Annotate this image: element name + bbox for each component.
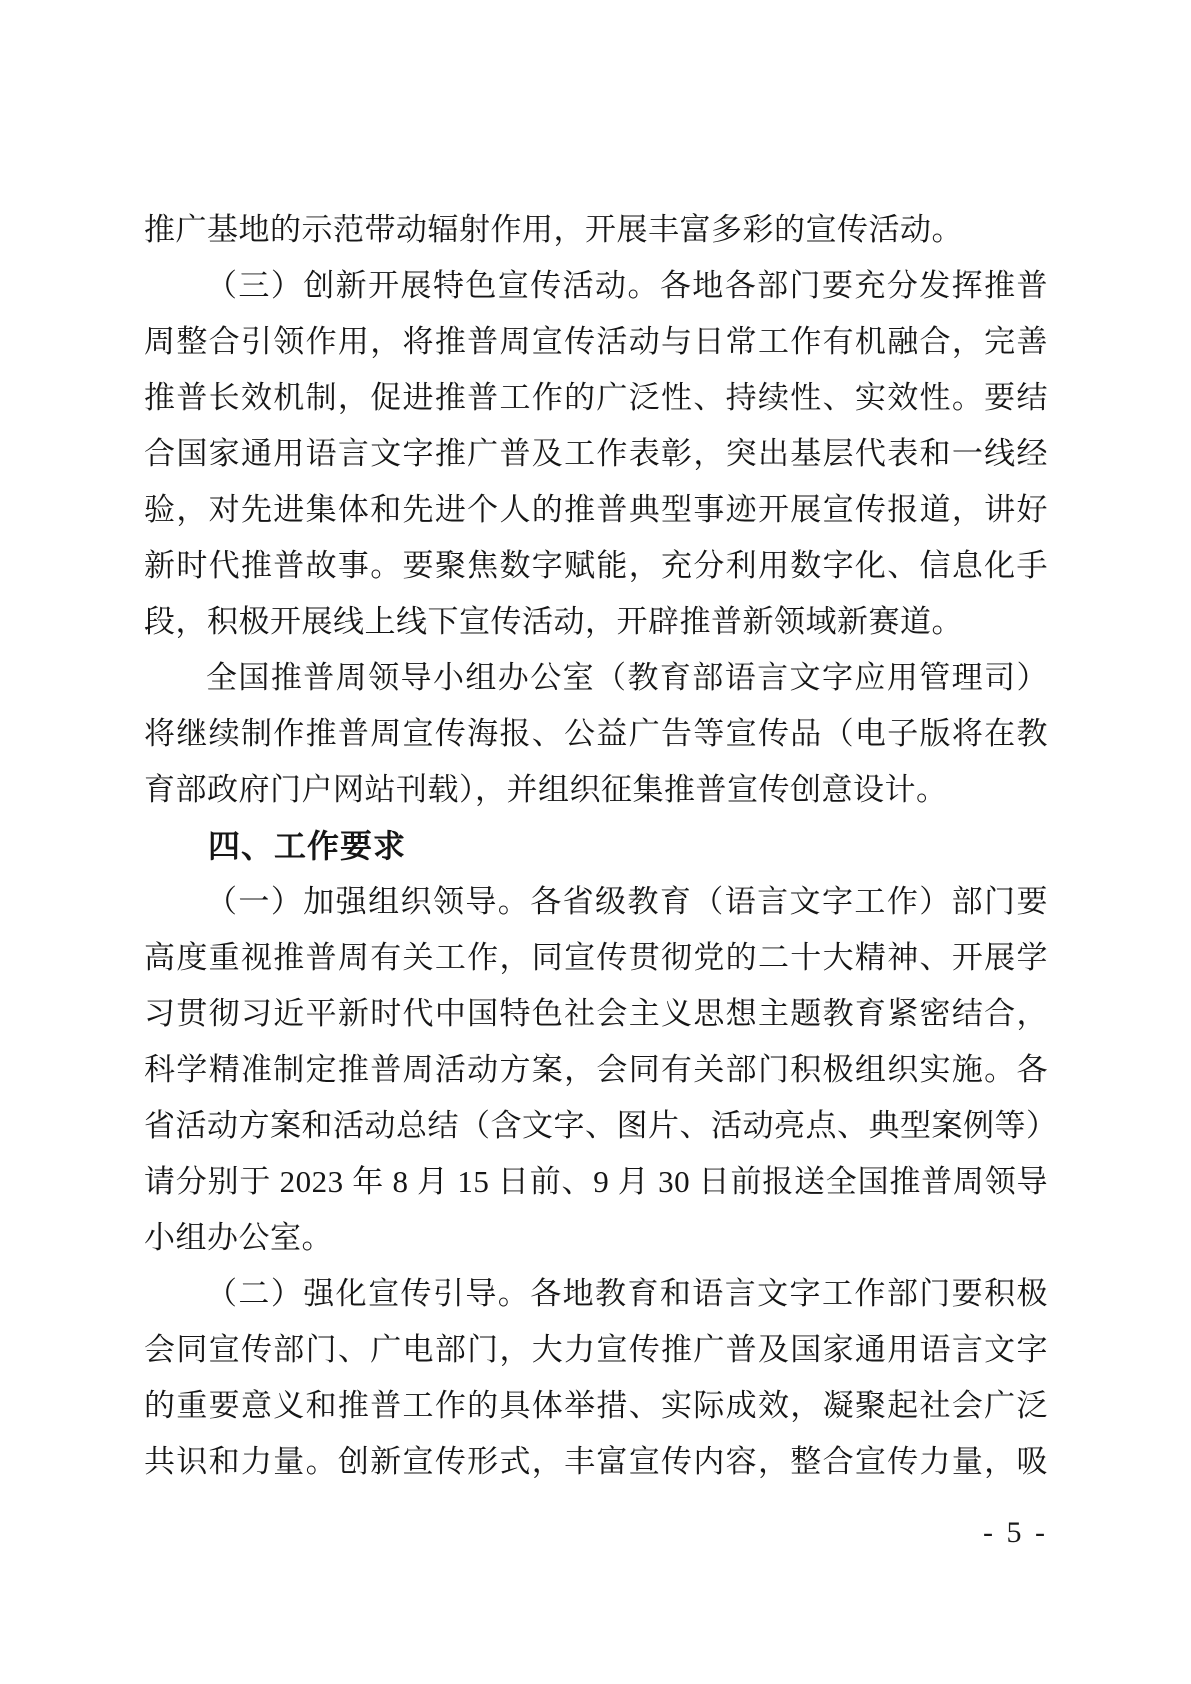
text-line: 共识和力量。创新宣传形式，丰富宣传内容，整合宣传力量，吸 [144,1434,1048,1490]
para-item-3-innovative-featured-publicity: （三）创新开展特色宣传活动。各地各部门要充分发挥推普周整合引领作用，将推普周宣传… [144,258,1048,650]
text-line: 会同宣传部门、广电部门，大力宣传推广普及国家通用语言文字 [144,1322,1048,1378]
text-line: 全国推普周领导小组办公室（教育部语言文字应用管理司） [144,650,1048,706]
para-continuation-base-radiation: 推广基地的示范带动辐射作用，开展丰富多彩的宣传活动。 [144,202,1048,258]
text-line: 周整合引领作用，将推普周宣传活动与日常工作有机融合，完善 [144,314,1048,370]
para-item-2-strengthen-publicity-guidance: （二）强化宣传引导。各地教育和语言文字工作部门要积极会同宣传部门、广电部门，大力… [144,1266,1048,1490]
text-line: 小组办公室。 [144,1210,1048,1266]
text-line: 将继续制作推普周宣传海报、公益广告等宣传品（电子版将在教 [144,706,1048,762]
document-page: 推广基地的示范带动辐射作用，开展丰富多彩的宣传活动。（三）创新开展特色宣传活动。… [0,0,1191,1684]
text-line: 推普长效机制，促进推普工作的广泛性、持续性、实效性。要结 [144,370,1048,426]
section-heading-line: 四、工作要求 [144,818,1048,874]
text-line: 段，积极开展线上线下宣传活动，开辟推普新领域新赛道。 [144,594,1048,650]
document-body: 推广基地的示范带动辐射作用，开展丰富多彩的宣传活动。（三）创新开展特色宣传活动。… [144,202,1048,1490]
heading-section-4-work-requirements: 四、工作要求 [144,818,1048,874]
para-item-1-strengthen-organizational-leadership: （一）加强组织领导。各省级教育（语言文字工作）部门要高度重视推普周有关工作，同宣… [144,874,1048,1266]
text-line: 新时代推普故事。要聚焦数字赋能，充分利用数字化、信息化手 [144,538,1048,594]
page-number: - 5 - [983,1516,1048,1550]
text-line: 的重要意义和推普工作的具体举措、实际成效，凝聚起社会广泛 [144,1378,1048,1434]
text-line: 验，对先进集体和先进个人的推普典型事迹开展宣传报道，讲好 [144,482,1048,538]
para-leading-group-office-materials: 全国推普周领导小组办公室（教育部语言文字应用管理司）将继续制作推普周宣传海报、公… [144,650,1048,818]
text-line: 习贯彻习近平新时代中国特色社会主义思想主题教育紧密结合， [144,986,1048,1042]
text-line: 合国家通用语言文字推广普及工作表彰，突出基层代表和一线经 [144,426,1048,482]
text-line: （一）加强组织领导。各省级教育（语言文字工作）部门要 [144,874,1048,930]
text-line: （二）强化宣传引导。各地教育和语言文字工作部门要积极 [144,1266,1048,1322]
text-line: 省活动方案和活动总结（含文字、图片、活动亮点、典型案例等） [144,1098,1048,1154]
text-line: （三）创新开展特色宣传活动。各地各部门要充分发挥推普 [144,258,1048,314]
text-line: 高度重视推普周有关工作，同宣传贯彻党的二十大精神、开展学 [144,930,1048,986]
text-line: 育部政府门户网站刊载），并组织征集推普宣传创意设计。 [144,762,1048,818]
text-line: 科学精准制定推普周活动方案，会同有关部门积极组织实施。各 [144,1042,1048,1098]
text-line: 请分别于 2023 年 8 月 15 日前、9 月 30 日前报送全国推普周领导 [144,1154,1048,1210]
text-line: 推广基地的示范带动辐射作用，开展丰富多彩的宣传活动。 [144,202,1048,258]
